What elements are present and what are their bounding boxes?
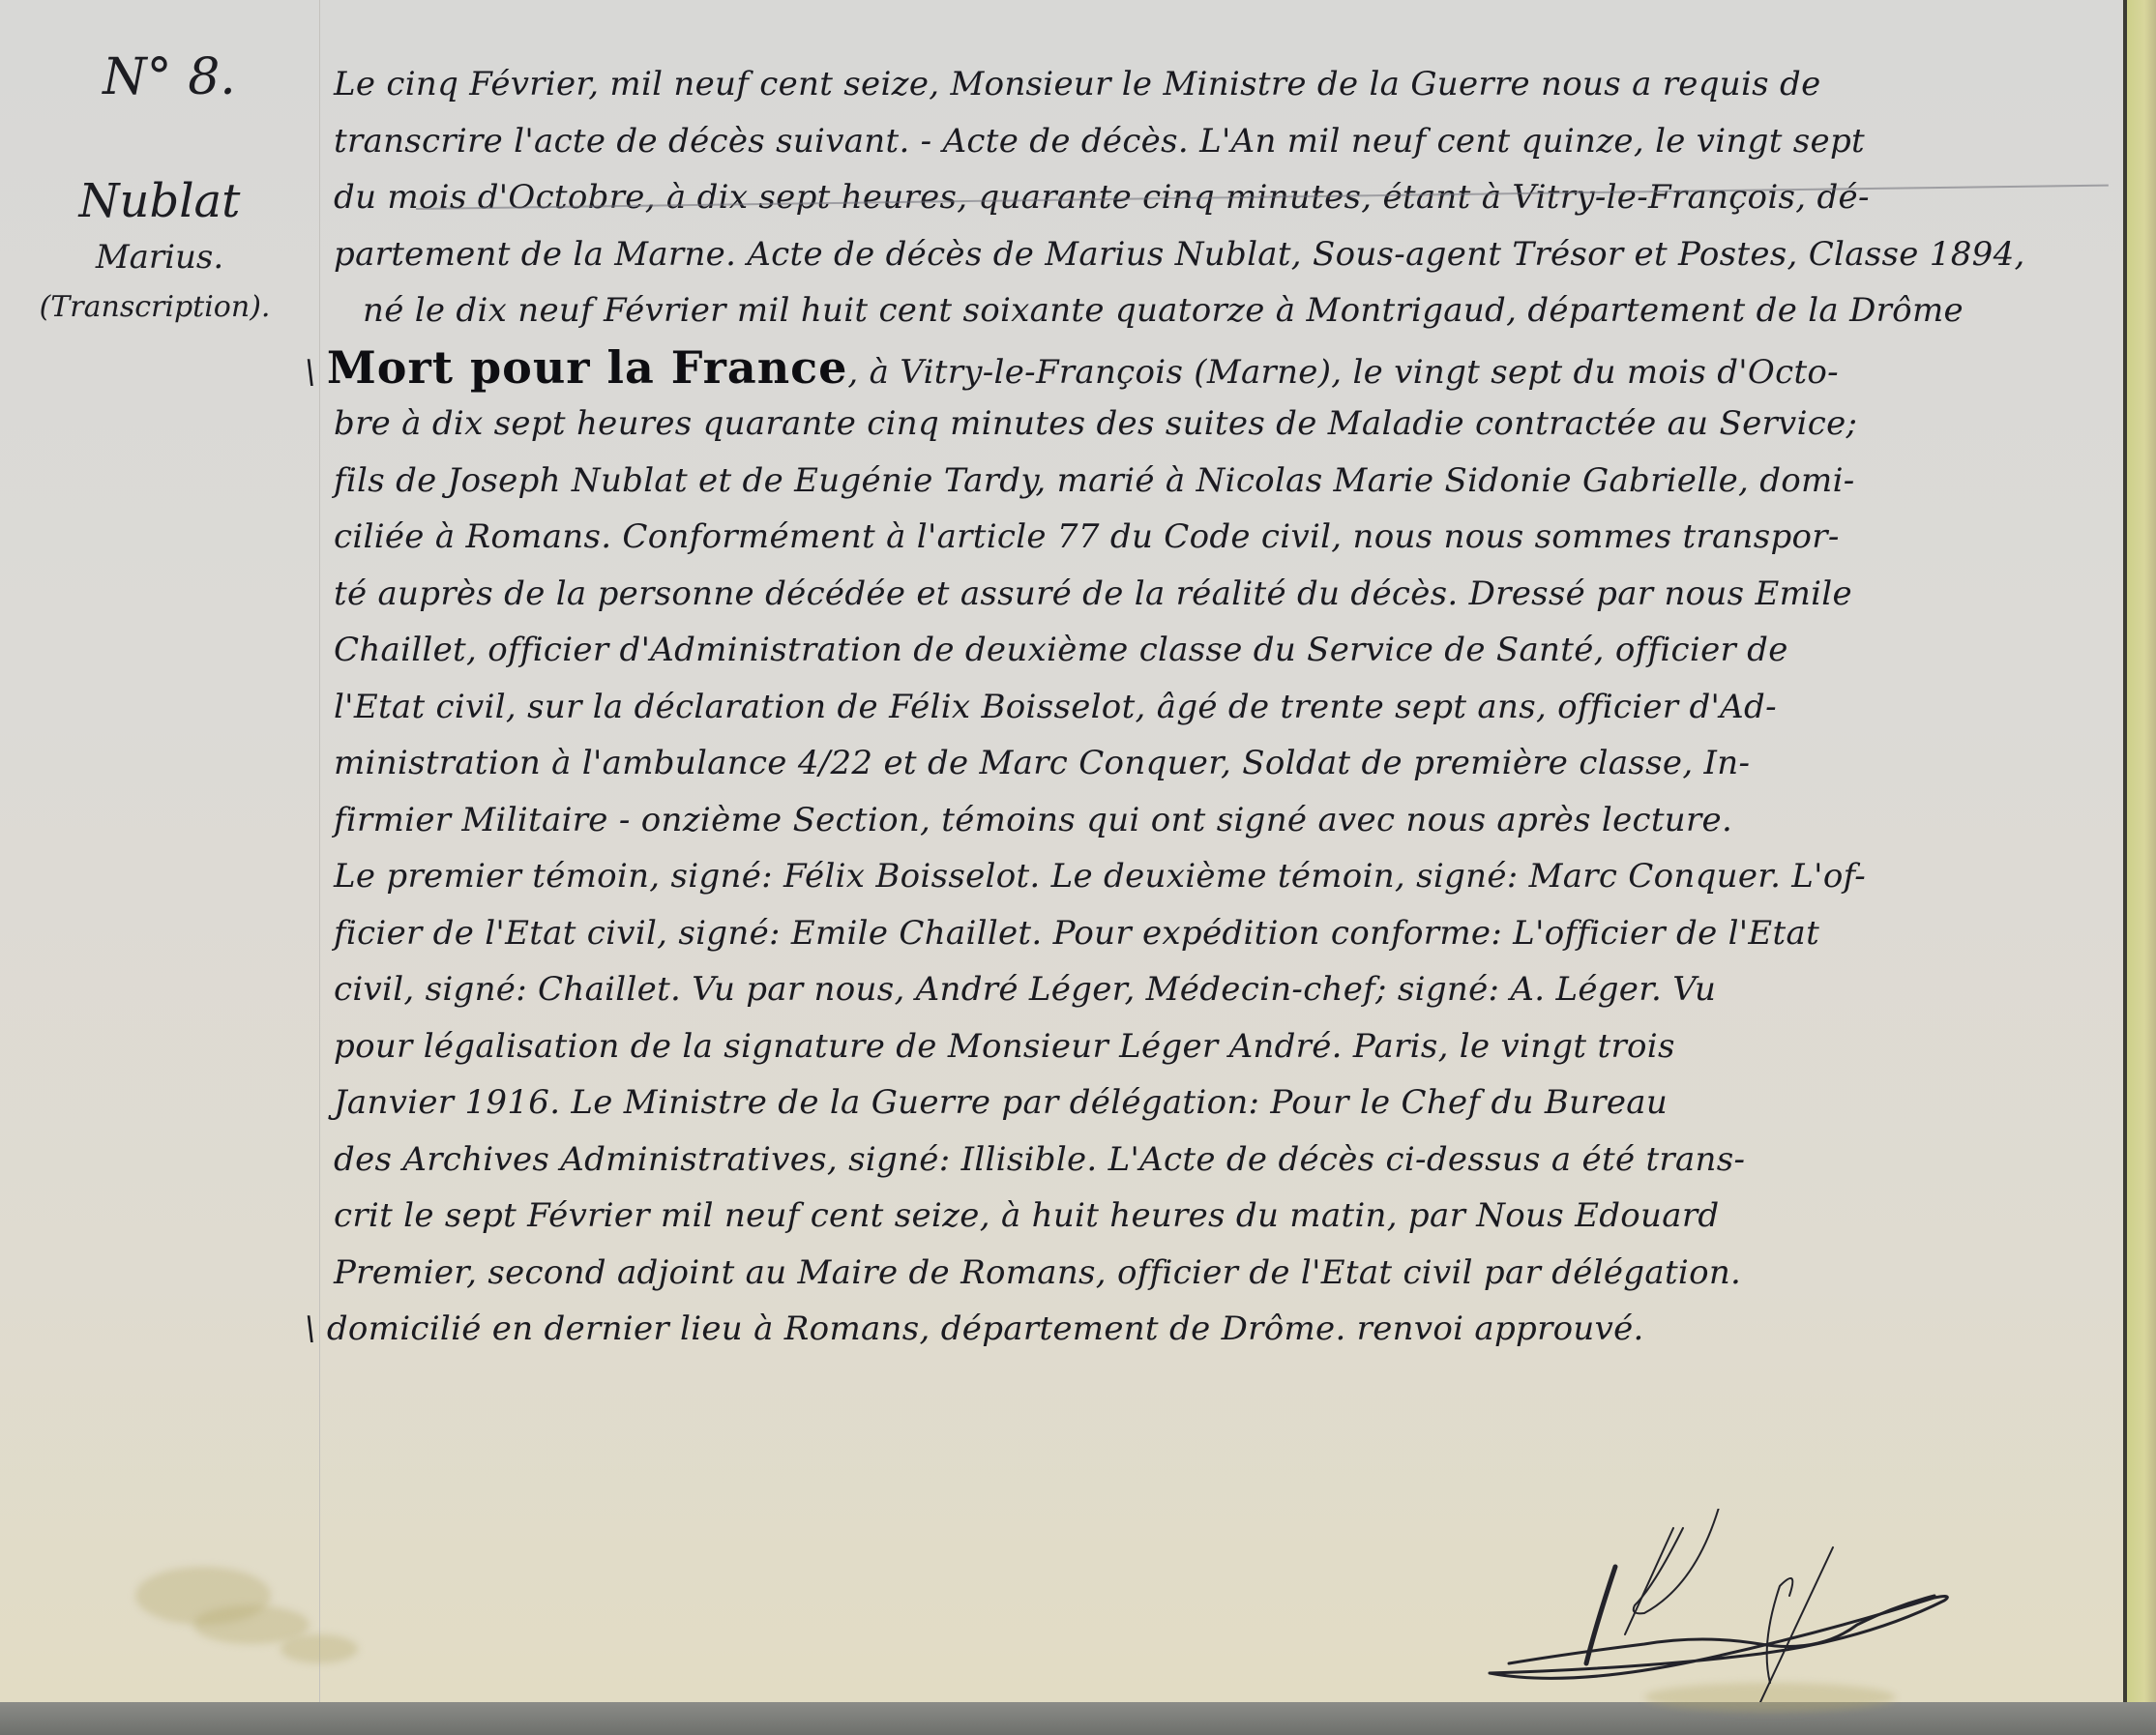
text-line: l'Etat civil, sur la déclaration de Féli… (334, 679, 2113, 736)
officer-signature (1451, 1509, 1993, 1702)
insertion-mark: \ (305, 353, 316, 392)
text-line: né le dix neuf Février mil huit cent soi… (334, 282, 2113, 339)
mort-pour-la-france-mention: Mort pour la France (327, 341, 848, 394)
text-line: ficier de l'Etat civil, signé: Emile Cha… (334, 905, 2113, 962)
text-line: transcrire l'acte de décès suivant. - Ac… (334, 113, 2113, 170)
text-line: crit le sept Février mil neuf cent seize… (334, 1188, 2113, 1245)
text-line: partement de la Marne. Acte de décès de … (334, 226, 2113, 283)
deceased-given-name: Marius. (10, 238, 310, 277)
text-line: ciliée à Romans. Conformément à l'articl… (334, 509, 2113, 566)
text-line: Le cinq Février, mil neuf cent seize, Mo… (334, 56, 2113, 113)
text-line: des Archives Administratives, signé: Ill… (334, 1132, 2113, 1189)
text-line: pour légalisation de la signature de Mon… (334, 1018, 2113, 1075)
adjacent-page-edge (2127, 0, 2156, 1735)
deceased-surname: Nublat (10, 174, 310, 228)
paper-stain (281, 1634, 358, 1663)
text-line: firmier Militaire - onzième Section, tém… (334, 792, 2113, 849)
text-fragment: , à Vitry-le-François (Marne), le vingt … (847, 353, 1839, 392)
text-line: \ domicilié en dernier lieu à Romans, dé… (305, 1301, 2113, 1358)
text-line: bre à dix sept heures quarante cinq minu… (334, 396, 2113, 453)
record-number: N° 8. (29, 48, 310, 106)
text-line: Chaillet, officier d'Administration de d… (334, 622, 2113, 679)
text-line: civil, signé: Chaillet. Vu par nous, And… (334, 961, 2113, 1018)
mention-line: \ Mort pour la France, à Vitry-le-Franço… (305, 339, 2113, 397)
record-body: Le cinq Février, mil neuf cent seize, Mo… (334, 56, 2113, 1358)
margin-rule (319, 0, 320, 1702)
text-line: ministration à l'ambulance 4/22 et de Ma… (334, 735, 2113, 792)
text-line: Premier, second adjoint au Maire de Roma… (334, 1245, 2113, 1302)
margin-annotation: N° 8. Nublat Marius. (Transcription). (10, 48, 310, 324)
text-line: Le premier témoin, signé: Félix Boisselo… (334, 848, 2113, 905)
transcription-note: (Transcription). (0, 290, 310, 324)
text-line: Janvier 1916. Le Ministre de la Guerre p… (334, 1074, 2113, 1132)
text-line: té auprès de la personne décédée et assu… (334, 566, 2113, 623)
text-line: fils de Joseph Nublat et de Eugénie Tard… (334, 453, 2113, 510)
